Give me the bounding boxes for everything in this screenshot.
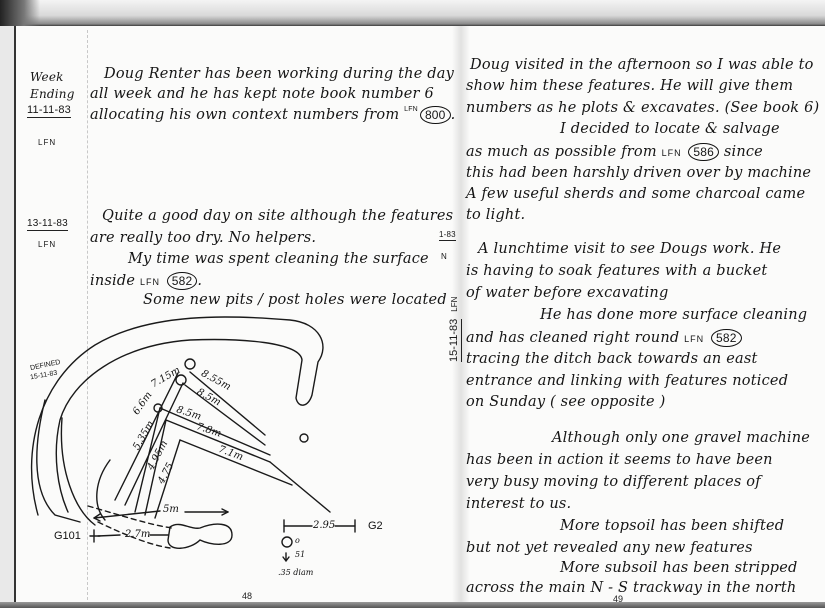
para3-line8: across the main N - S trackway in the no…	[466, 580, 796, 596]
para3-line5: More topsoil has been shifted	[560, 518, 784, 534]
para2-line7: entrance and linking with features notic…	[466, 373, 788, 389]
hole-code: 51	[295, 550, 305, 559]
rotated-initials: LFN	[450, 297, 459, 312]
para1-line7: A few useful sherds and some charcoal ca…	[466, 186, 805, 202]
para2-line8: on Sunday ( see opposite )	[466, 394, 665, 410]
para1-line3: numbers as he plots & excavates. (See bo…	[466, 100, 819, 116]
para1-context-prefix: LFN	[662, 148, 682, 158]
para1-context-number-circled: 586	[688, 143, 719, 161]
right-margin-date-top: 1-83	[439, 230, 456, 241]
site-plan-sketch	[0, 0, 460, 608]
right-margin-rotated-date: 15-11-83 LFN	[448, 297, 460, 362]
para3-line2: has been in action it seems to have been	[466, 452, 773, 468]
isolated-post-hole	[300, 434, 308, 442]
down-arrow	[283, 553, 289, 561]
2-7m-arrow-left	[98, 535, 120, 536]
para1-line4: I decided to locate & salvage	[560, 121, 780, 137]
datum-offset-measure: 2.95	[313, 520, 335, 531]
para2-line4: He has done more surface cleaning	[540, 307, 807, 323]
para1-line6: this had been harshly driven over by mac…	[466, 165, 811, 181]
para3-line7: More subsoil has been stripped	[560, 560, 798, 576]
para2-line5-text: and has cleaned right round	[466, 330, 679, 346]
diagonal-line-5	[180, 440, 292, 485]
post-hole-1	[185, 359, 195, 369]
para1-line8: to light.	[466, 207, 525, 223]
para2-line5: and has cleaned right round LFN 582	[466, 329, 742, 347]
para2-context-number-circled: 582	[711, 329, 742, 347]
para3-line3: very busy moving to different places of	[466, 474, 761, 490]
para1-after-context: since	[724, 144, 763, 160]
right-margin-n: N	[441, 252, 448, 261]
hole-diameter: .35 diam	[278, 568, 313, 577]
para1-line5: as much as possible from LFN 586 since	[466, 143, 763, 161]
para2-line1: A lunchtime visit to see Dougs work. He	[478, 241, 781, 257]
para2-line6: tracing the ditch back towards an east	[466, 351, 758, 367]
inner-ditch-arc-2	[97, 460, 110, 520]
pit-blob	[168, 524, 232, 548]
para1-line2: show him these features. He will give th…	[466, 78, 793, 94]
stamp-leader-line	[37, 400, 80, 522]
datum-label-g2-text: G2	[368, 520, 383, 532]
rotated-date-text: 15-11-83	[448, 319, 462, 362]
horizontal-measure-2-7m: 2.7m	[125, 529, 150, 540]
para2-line3: of water before excavating	[466, 285, 668, 301]
hole-marker: o	[295, 536, 300, 545]
post-hole-51	[282, 537, 292, 547]
para3-line1: Although only one gravel machine	[552, 430, 810, 446]
left-page-number: 48	[242, 591, 252, 601]
para1-line1: Doug visited in the afternoon so I was a…	[470, 57, 814, 73]
feature-label-g101: G101	[54, 530, 81, 542]
para3-line6: but not yet revealed any new features	[466, 540, 753, 556]
horizontal-measure-5m: 5m	[163, 504, 179, 515]
para1-line5-text: as much as possible from	[466, 144, 657, 160]
para2-context-prefix: LFN	[684, 334, 704, 344]
para2-line2: is having to soak features with a bucket	[466, 263, 767, 279]
datum-line	[270, 462, 330, 512]
para3-line4: interest to us.	[466, 496, 571, 512]
g101-cross	[90, 530, 100, 542]
scan-bottom-edge-shadow	[0, 602, 825, 608]
